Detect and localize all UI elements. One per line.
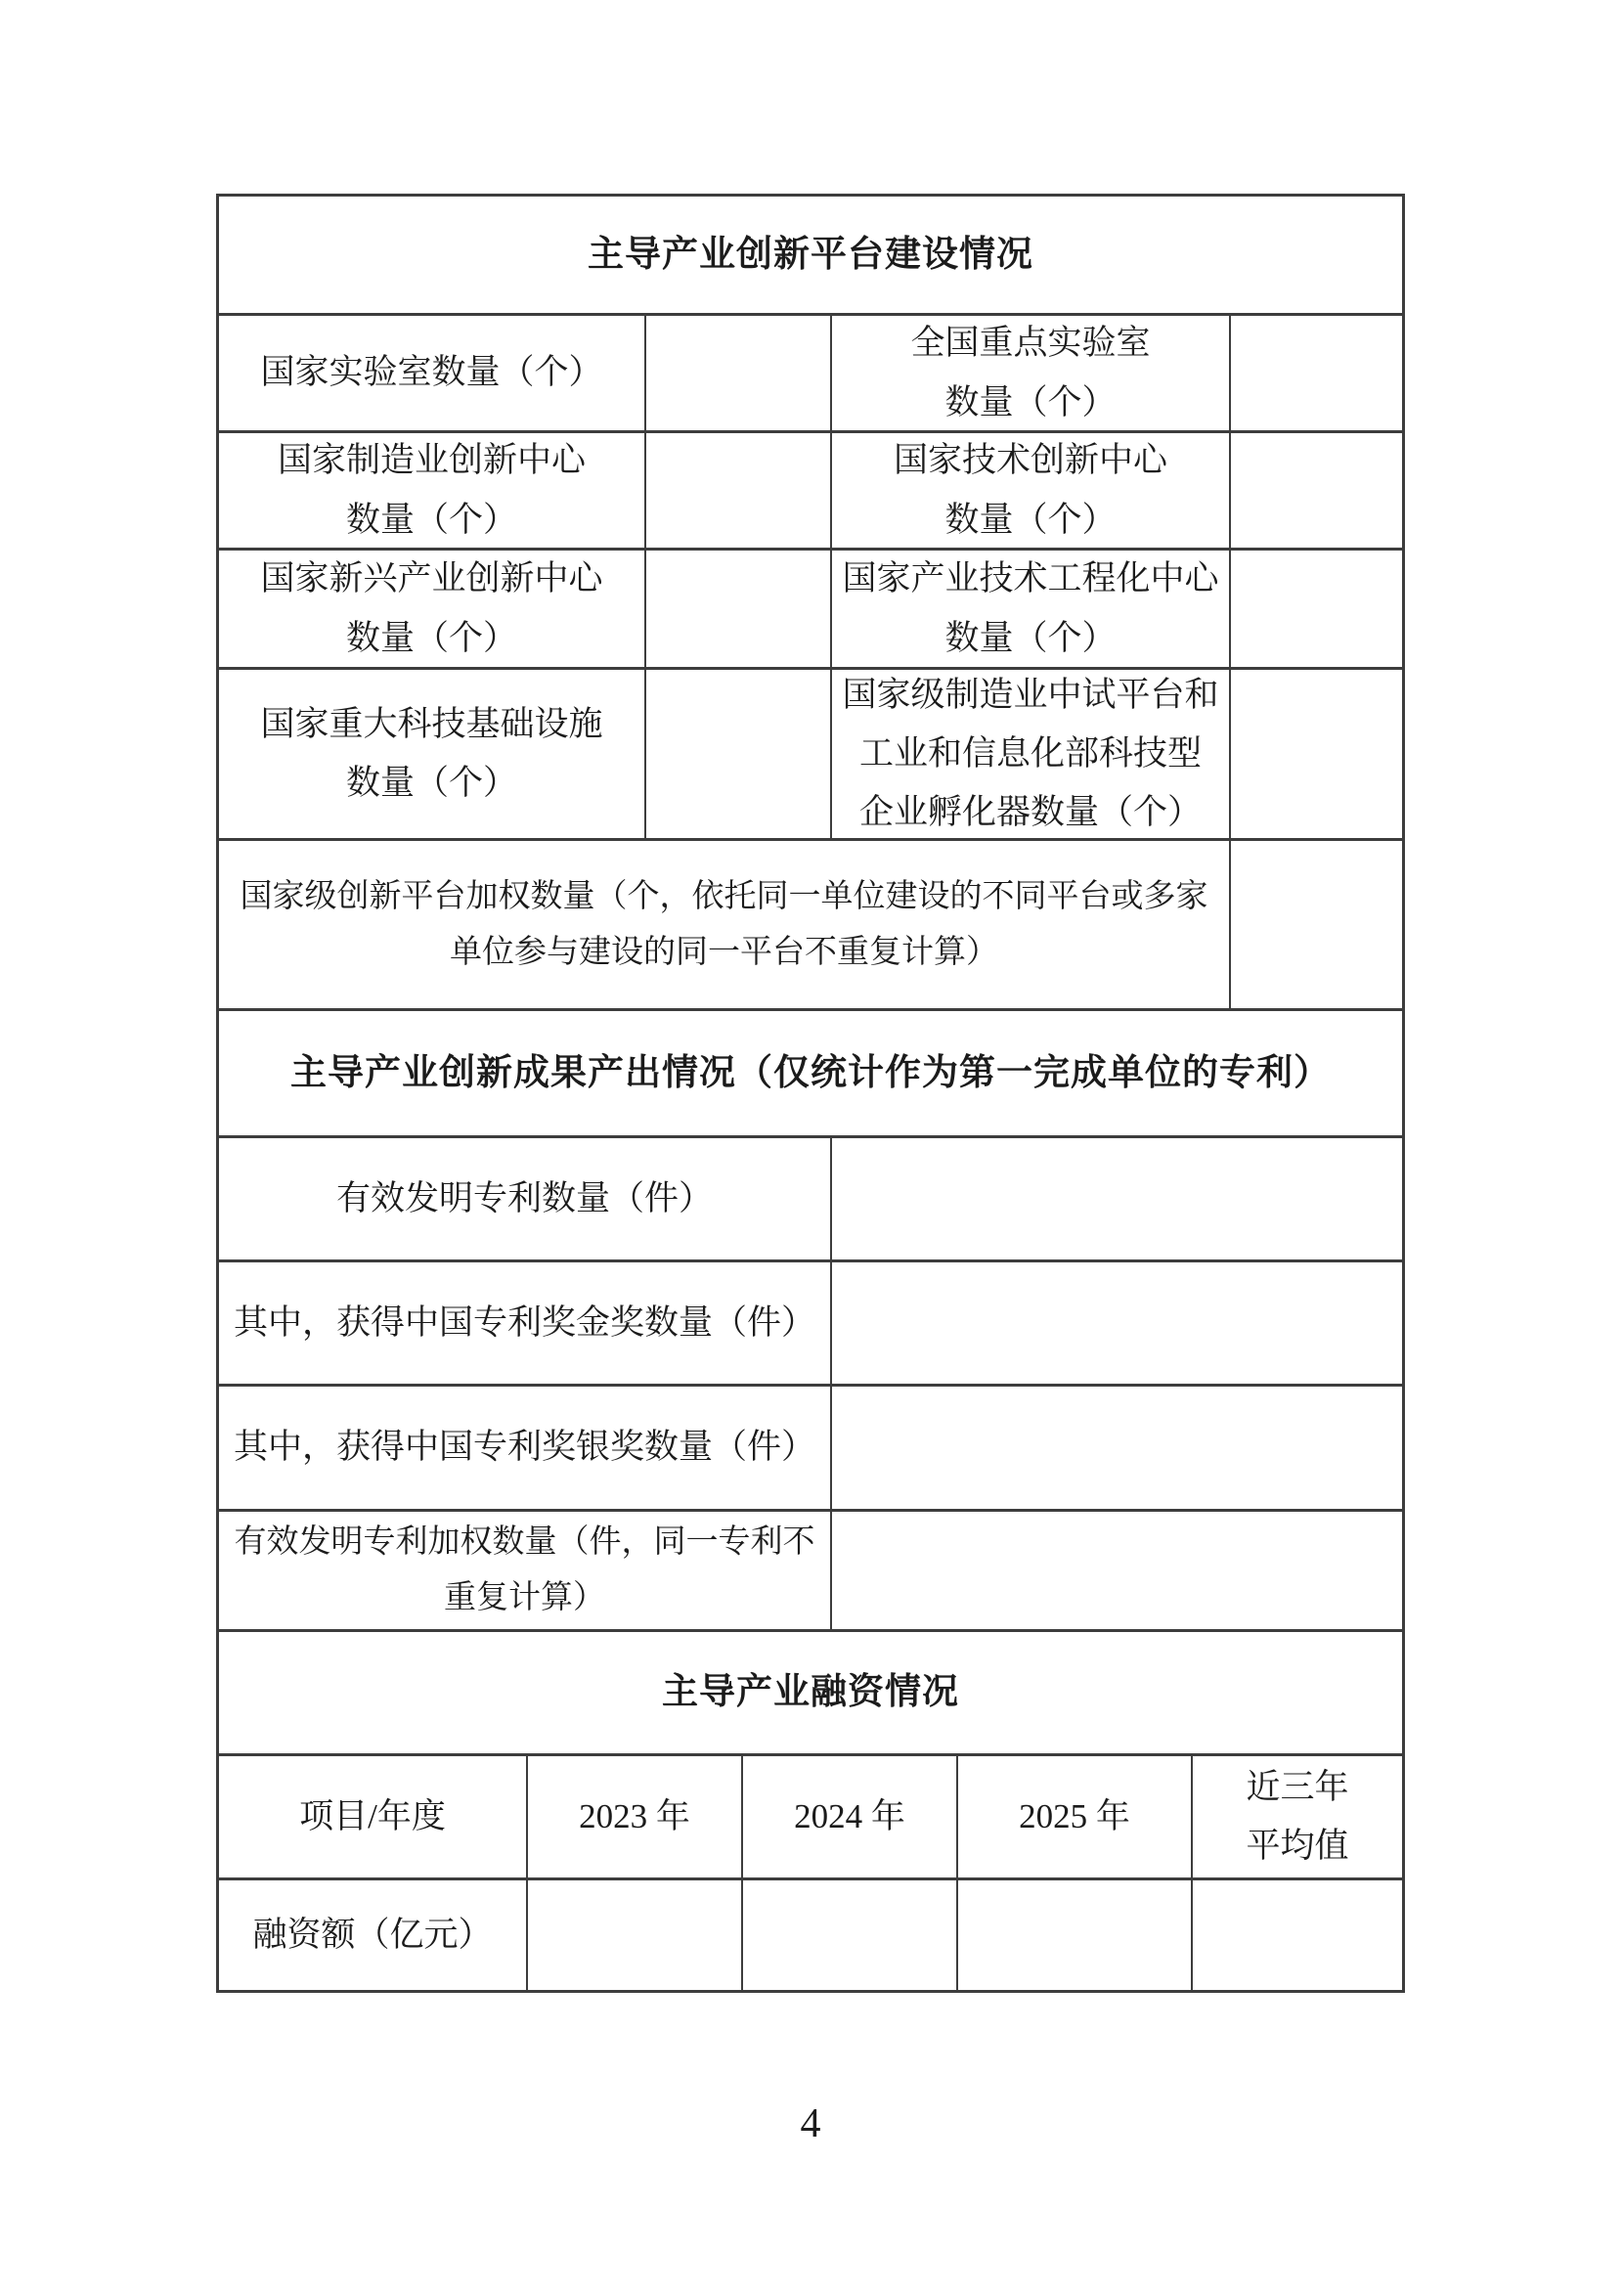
value-cell [830,1262,1402,1384]
patent-row: 有效发明专利数量（件） [219,1135,1402,1259]
section1-title-row: 主导产业创新平台建设情况 [219,197,1402,313]
value-cell [1229,670,1402,838]
row-label-cell: 有效发明专利加权数量（件，同一专利不 重复计算） [219,1512,830,1629]
row-label-cell: 国家实验室数量（个） [219,316,644,430]
finance-header-year: 2023 年 [526,1756,741,1877]
value-cell [644,670,830,838]
section2-title: 主导产业创新成果产出情况（仅统计作为第一完成单位的专利） [219,1011,1402,1135]
finance-header-row: 项目/年度 2023 年 2024 年 2025 年 近三年 平均值 [219,1753,1402,1877]
row-label-cell: 全国重点实验室 数量（个） [830,316,1229,430]
value-cell [830,1387,1402,1509]
value-cell [644,433,830,548]
table-row: 国家新兴产业创新中心 数量（个） 国家产业技术工程化中心 数量（个） [219,548,1402,667]
value-cell [1229,433,1402,548]
value-cell [830,1512,1402,1629]
section3-title: 主导产业融资情况 [219,1632,1402,1753]
row-label-cell: 其中，获得中国专利奖银奖数量（件） [219,1387,830,1509]
value-cell [644,316,830,430]
patent-row: 其中，获得中国专利奖金奖数量（件） [219,1259,1402,1384]
value-cell [1229,551,1402,667]
patent-row: 其中，获得中国专利奖银奖数量（件） [219,1384,1402,1509]
value-cell [644,551,830,667]
table-row: 国家制造业创新中心 数量（个） 国家技术创新中心 数量（个） [219,430,1402,548]
row-label-cell: 国家级创新平台加权数量（个，依托同一单位建设的不同平台或多家 单位参与建设的同一… [219,841,1229,1008]
value-cell [830,1138,1402,1259]
patent-row: 有效发明专利加权数量（件，同一专利不 重复计算） [219,1509,1402,1629]
section1-title: 主导产业创新平台建设情况 [219,197,1402,313]
value-cell [1229,841,1402,1008]
row-label-cell: 其中，获得中国专利奖金奖数量（件） [219,1262,830,1384]
value-cell [526,1880,741,1990]
row-label-cell: 国家制造业创新中心 数量（个） [219,433,644,548]
value-cell [1191,1880,1402,1990]
finance-header-year: 2025 年 [956,1756,1191,1877]
finance-data-row: 融资额（亿元） [219,1877,1402,1990]
page-number: 4 [216,2100,1405,2147]
section2-title-row: 主导产业创新成果产出情况（仅统计作为第一完成单位的专利） [219,1008,1402,1135]
row-label-cell: 国家级制造业中试平台和 工业和信息化部科技型 企业孵化器数量（个） [830,670,1229,838]
finance-header-year: 2024 年 [741,1756,956,1877]
finance-header-average: 近三年 平均值 [1191,1756,1402,1877]
row-label-cell: 国家产业技术工程化中心 数量（个） [830,551,1229,667]
value-cell [741,1880,956,1990]
row-label-cell: 国家技术创新中心 数量（个） [830,433,1229,548]
main-table: 主导产业创新平台建设情况 国家实验室数量（个） 全国重点实验室 数量（个） 国家… [216,194,1405,1993]
row-label-cell: 有效发明专利数量（件） [219,1138,830,1259]
value-cell [1229,316,1402,430]
row-label-cell: 国家重大科技基础设施 数量（个） [219,670,644,838]
weighted-platform-row: 国家级创新平台加权数量（个，依托同一单位建设的不同平台或多家 单位参与建设的同一… [219,838,1402,1008]
table-row: 国家实验室数量（个） 全国重点实验室 数量（个） [219,313,1402,430]
finance-header-item: 项目/年度 [219,1756,526,1877]
row-label-cell: 国家新兴产业创新中心 数量（个） [219,551,644,667]
value-cell [956,1880,1191,1990]
row-label-cell: 融资额（亿元） [219,1880,526,1990]
table-row: 国家重大科技基础设施 数量（个） 国家级制造业中试平台和 工业和信息化部科技型 … [219,667,1402,838]
section3-title-row: 主导产业融资情况 [219,1629,1402,1753]
